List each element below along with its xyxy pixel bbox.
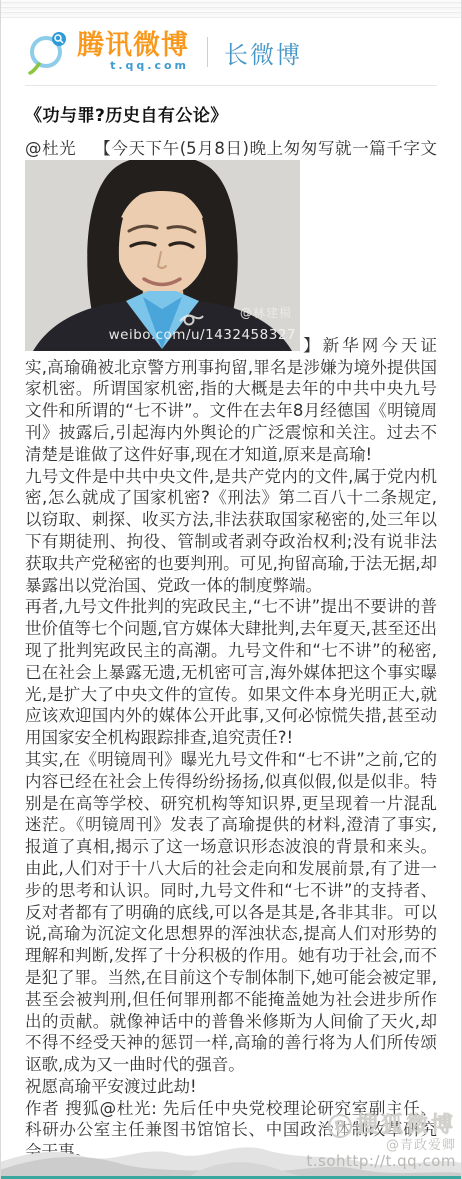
brand-name: 腾讯微博 [77,32,189,60]
post-title: 《功与罪?历史自有公论》 [25,104,437,128]
article-body: @杜光【今天下午(5月8日)晚上匆匆写就一篇千字文 [25,138,437,1163]
paragraph-text: 九号文件是中共中央文件,是共产党内的文件,属于党内机密,怎么就成了国家机密?《刑… [25,466,437,597]
photo-watermark-handle: @林建楊 [240,303,292,325]
long-weibo-page: 腾讯微博 t.qq.com 长微博 《功与罪?历史自有公论》 @杜光【今天下午(… [0,0,462,1179]
post-intro: 【今天下午(5月8日)晚上匆匆写就一篇千字文 [94,139,437,158]
paragraph-lead: @杜光【今天下午(5月8日)晚上匆匆写就一篇千字文 [25,138,437,466]
author-handle[interactable]: @杜光 [25,139,76,158]
footer: P 搜狐微博 @青政爱卿 t.sohttp://t.qq.com [0,1130,462,1179]
paragraph-text: 】新华网今天证实,高瑜确被北京警方刑事拘留,罪名是涉嫌为境外提供国家机密。所谓国… [25,336,437,464]
brand-url: t.qq.com [110,60,189,72]
header: 腾讯微博 t.qq.com 长微博 [25,18,437,86]
paragraph-text: 再者,九号文件批判的宪政民主,“七不讲”提出不要讲的普世价值等七个问题,官方媒体… [25,596,437,749]
header-divider [207,37,208,67]
magnifier-logo-icon [25,29,71,75]
top-decoration-stripes [1,0,461,18]
mountains-graphic [0,1130,462,1176]
photo-watermark-url: weibo.com/u/1432458327 [109,325,296,347]
paragraph-text: 其实,在《明镜周刊》曝光九号文件和“七不讲”之前,它的内容已经在社会上传得纷纷扬… [25,749,437,1076]
paragraph-text: 祝愿高瑜平安渡过此劫! [25,1076,437,1098]
page-type-label: 长微博 [224,35,302,70]
tencent-weibo-logo[interactable]: 腾讯微博 t.qq.com [25,29,189,75]
portrait-photo[interactable]: @林建楊 weibo.com/u/1432458327 [25,160,300,351]
post-content: 《功与罪?历史自有公论》 @杜光【今天下午(5月8日)晚上匆匆写就一篇千字文 [1,104,461,1163]
